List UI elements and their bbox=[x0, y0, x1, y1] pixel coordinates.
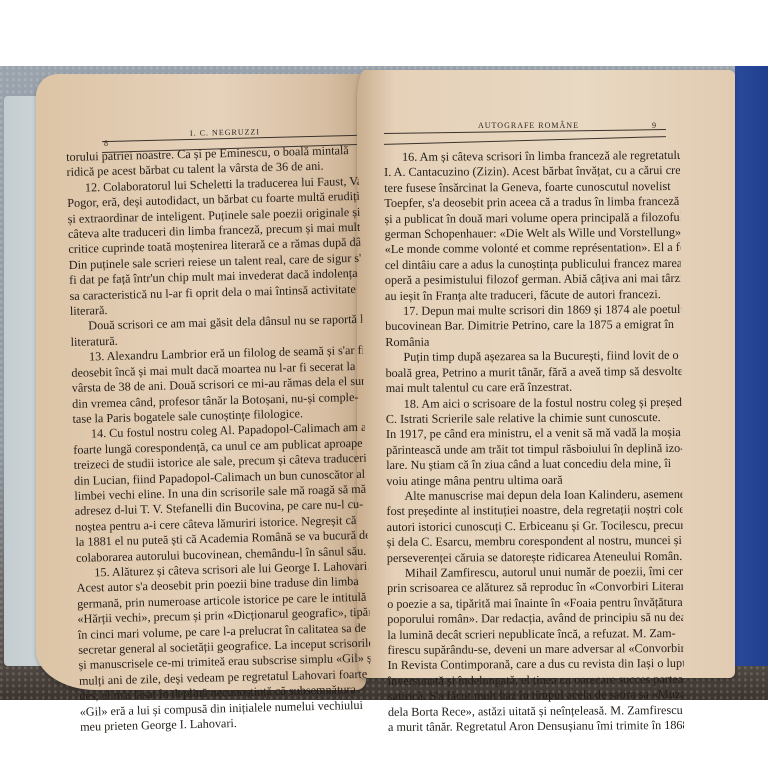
left-page-body: torului patriei noastre. Ca și pe Emines… bbox=[66, 143, 372, 735]
text-line: bucovinean Bar. Dimitrie Petrino, care l… bbox=[385, 317, 681, 334]
left-page-number: 8 bbox=[104, 139, 108, 148]
text-line: poporului român». Dar redacția, având de… bbox=[387, 610, 683, 627]
text-line: I. A. Cantacuzino (Zizin). Acest bărbat … bbox=[384, 163, 680, 180]
text-line: fost președinte al instituției noastre, … bbox=[386, 502, 682, 519]
text-line: Puțin timp după așezarea sa la București… bbox=[385, 348, 681, 365]
text-line: operă a pesimistului filozof german. Abi… bbox=[385, 271, 681, 288]
photo-scene: I. C. NEGRUZZI 8 AUTOGRAFE ROMÂNE 9 toru… bbox=[0, 0, 768, 768]
text-line: prin scrisoarea ce alăturez să reproduc … bbox=[387, 579, 683, 596]
text-line: satirică. S'a făcut mult haz în timpul a… bbox=[388, 687, 684, 704]
text-line: Toepfer, s'a deosebit prin aceea că a tr… bbox=[384, 194, 680, 211]
text-line: lare. Nu știam că în ziua când a luat co… bbox=[386, 456, 682, 473]
text-line: boală grea, Petrino a murit tânăr, fără … bbox=[386, 364, 682, 381]
text-line: și dela C. Esarcu, membru corespondent a… bbox=[387, 533, 683, 550]
text-line: In 1917, pe când era ministru, el a veni… bbox=[386, 425, 682, 442]
left-running-head: I. C. NEGRUZZI bbox=[190, 127, 260, 137]
text-line: In Revista Contimporană, care a dus cu r… bbox=[388, 656, 684, 673]
blue-book-cover bbox=[735, 66, 768, 666]
right-running-head: AUTOGRAFE ROMÂNE bbox=[478, 121, 579, 130]
text-line: a murit tânăr. Regretatul Aron Densușian… bbox=[388, 718, 684, 735]
right-page-body: 16. Am și câteva scrisori în limba franc… bbox=[384, 148, 684, 735]
